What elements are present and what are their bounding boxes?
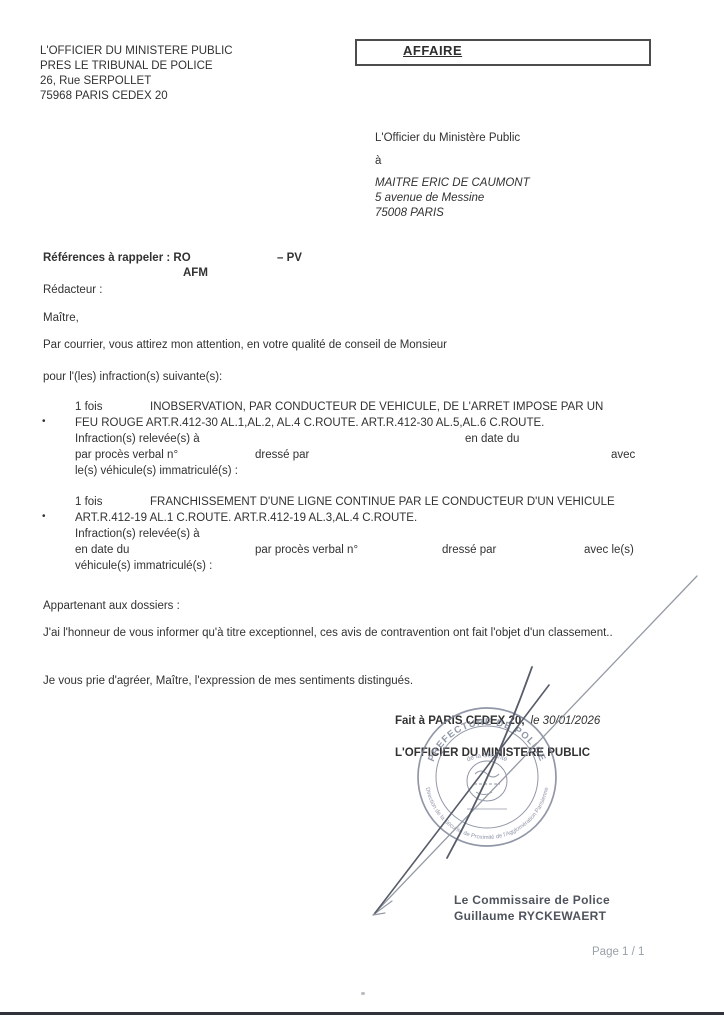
commissaire-title: Le Commissaire de Police <box>454 893 610 909</box>
infraction2-avec: avec le(s) <box>584 544 634 556</box>
recipient-city: 75008 PARIS <box>375 207 444 219</box>
references-afm: AFM <box>183 267 208 279</box>
scan-edge-line <box>0 1012 724 1015</box>
affaire-box: AFFAIRE <box>355 39 651 66</box>
bullet-icon: • <box>42 416 46 427</box>
recipient-name: MAITRE ERIC DE CAUMONT <box>375 177 530 189</box>
affaire-label: AFFAIRE <box>403 43 462 58</box>
sender-line: 75968 PARIS CEDEX 20 <box>40 89 233 104</box>
sender-line: 26, Rue SERPOLLET <box>40 74 233 89</box>
infraction1-count: 1 fois <box>75 401 103 413</box>
stamp-inner-arc-text: de la Sécurité <box>466 752 509 763</box>
references-label: Références à rappeler : RO <box>43 252 191 264</box>
svg-text:Direction de la Sécurité de Pr: Direction de la Sécurité de Proximité de… <box>424 787 550 841</box>
infraction2-count: 1 fois <box>75 496 103 508</box>
page-number: Page 1 / 1 <box>592 946 644 958</box>
infraction2-relevee: Infraction(s) relevée(s) à <box>75 528 200 540</box>
redacteur-label: Rédacteur : <box>43 284 102 296</box>
commissaire-name: Guillaume RYCKEWAERT <box>454 909 610 925</box>
scan-speck <box>361 992 365 995</box>
infraction1-dresse: dressé par <box>255 449 309 461</box>
recipient-to-prefix: à <box>375 155 381 167</box>
infractions-lead: pour l'(les) infraction(s) suivante(s): <box>43 371 222 383</box>
infraction1-title2: FEU ROUGE ART.R.412-30 AL.1,AL.2, AL.4 C… <box>75 417 544 429</box>
infraction1-en-date: en date du <box>465 433 519 445</box>
infraction1-relevee: Infraction(s) relevée(s) à <box>75 433 200 445</box>
infraction2-vehicule: véhicule(s) immatriculé(s) : <box>75 560 212 572</box>
infraction2-title1: FRANCHISSEMENT D'UNE LIGNE CONTINUE PAR … <box>150 496 615 508</box>
infraction2-dresse: dressé par <box>442 544 496 556</box>
scanned-letter-page: L'OFFICIER DU MINISTERE PUBLIC PRES LE T… <box>0 0 724 1024</box>
recipient-street: 5 avenue de Messine <box>375 192 484 204</box>
infraction1-title1: INOBSERVATION, PAR CONDUCTEUR DE VEHICUL… <box>150 401 603 413</box>
infraction1-pv-num: par procès verbal n° <box>75 449 178 461</box>
closing-formula: Je vous prie d'agréer, Maître, l'express… <box>43 675 413 687</box>
infraction2-en-date: en date du <box>75 544 129 556</box>
infraction1-vehicule: le(s) véhicule(s) immatriculé(s) : <box>75 465 238 477</box>
sender-line: PRES LE TRIBUNAL DE POLICE <box>40 59 233 74</box>
salutation: Maître, <box>43 312 79 324</box>
bullet-icon: • <box>42 511 46 522</box>
references-pv: – PV <box>277 252 302 264</box>
sender-address-block: L'OFFICIER DU MINISTERE PUBLIC PRES LE T… <box>40 44 233 104</box>
stamp-ring-text: Direction de la Sécurité de Proximité de… <box>424 787 550 841</box>
commissaire-stamp: Le Commissaire de Police Guillaume RYCKE… <box>454 893 610 924</box>
prefecture-stamp: PREFECTURE DE POLICE Direction de la Séc… <box>412 702 562 852</box>
sender-line: L'OFFICIER DU MINISTERE PUBLIC <box>40 44 233 59</box>
infraction1-avec: avec <box>611 449 635 461</box>
classement-line: J'ai l'honneur de vous informer qu'à tit… <box>43 627 613 639</box>
dossiers-line: Appartenant aux dossiers : <box>43 600 180 612</box>
svg-text:de la Sécurité: de la Sécurité <box>466 752 509 763</box>
infraction2-pv-num: par procès verbal n° <box>255 544 358 556</box>
intro-paragraph: Par courrier, vous attirez mon attention… <box>43 339 447 351</box>
recipient-from: L'Officier du Ministère Public <box>375 132 520 144</box>
infraction2-title2: ART.R.412-19 AL.1 C.ROUTE. ART.R.412-19 … <box>75 512 417 524</box>
